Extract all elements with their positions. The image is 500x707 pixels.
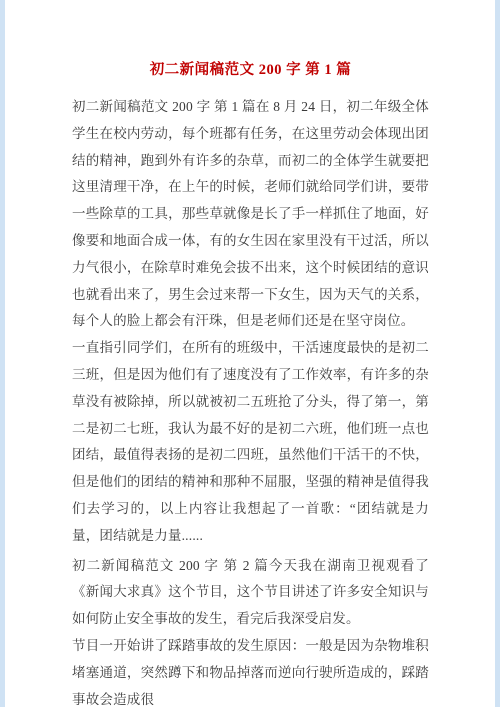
document-title: 初二新闻稿范文 200 字 第 1 篇 (72, 58, 429, 79)
document-page: 初二新闻稿范文 200 字 第 1 篇 初二新闻稿范文 200 字 第 1 篇在… (0, 0, 500, 707)
paragraph-2: 一直指引同学们，在所有的班级中，干活速度最快的是初二三班，但是因为他们有了速度没… (72, 335, 429, 549)
paragraph-4: 节目一开始讲了踩踏事故的发生原因：一般是因为杂物堆积堵塞通道，突然蹲下和物品掉落… (72, 633, 429, 707)
paragraph-3: 初二新闻稿范文 200 字 第 2 篇今天我在湖南卫视观看了《新闻大求真》这个节… (72, 553, 429, 633)
paragraph-1: 初二新闻稿范文 200 字 第 1 篇在 8 月 24 日，初二年级全体学生在校… (72, 94, 429, 335)
